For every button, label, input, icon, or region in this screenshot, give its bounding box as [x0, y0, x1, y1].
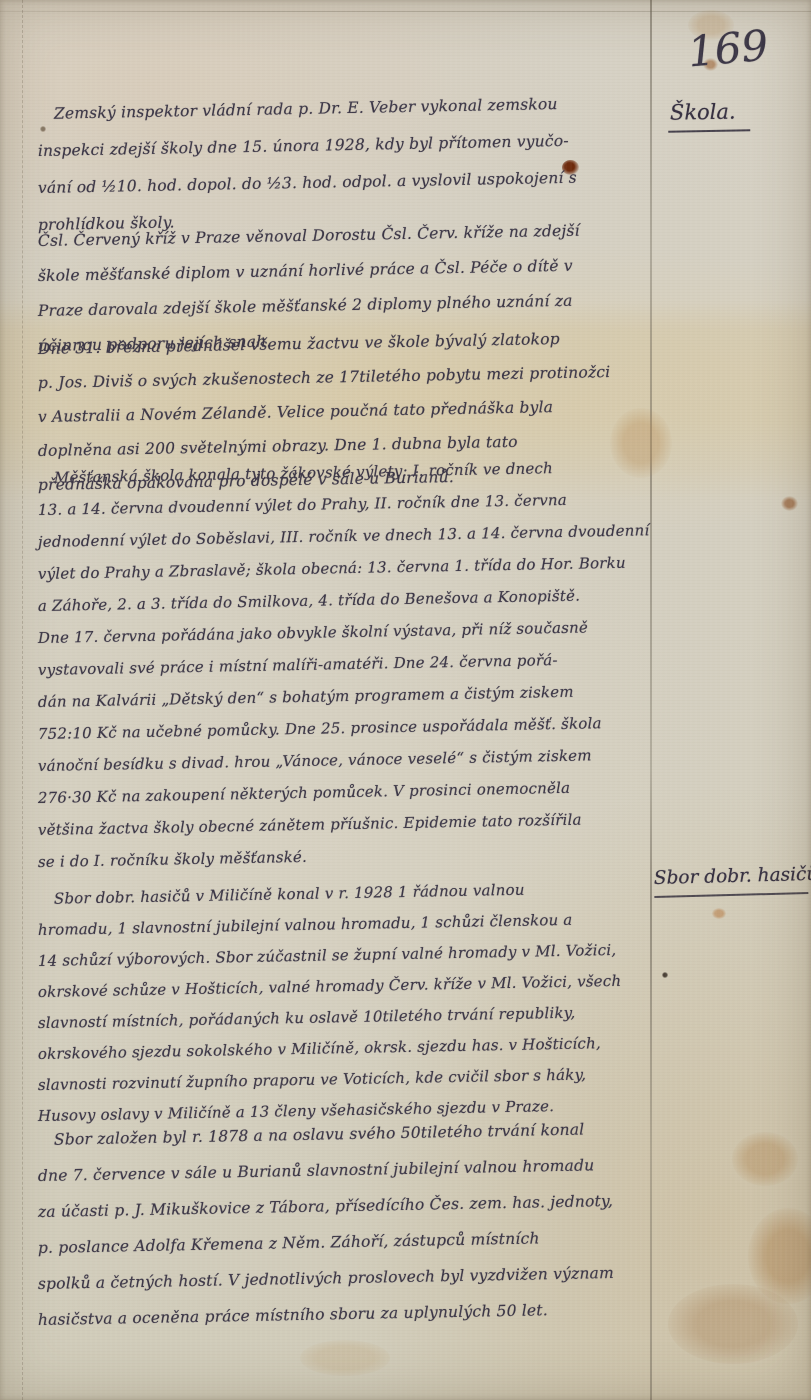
paragraph-firefighters-50th-jubilee: Sbor založen byl r. 1878 a na oslavu své…	[38, 1122, 652, 1338]
manuscript-page: 169 Škola. Sbor dobr. hasičů Zemský insp…	[0, 0, 811, 1400]
manuscript-text: Zemský inspektor vládní rada p. Dr. E. V…	[0, 0, 811, 1400]
paragraph-firefighters-activity-1928: Sbor dobr. hasičů v Miličíně konal v r. …	[38, 884, 652, 1132]
paragraph-school-trips-and-events: Měšťanská škola konala tyto žákovské výl…	[38, 462, 652, 878]
